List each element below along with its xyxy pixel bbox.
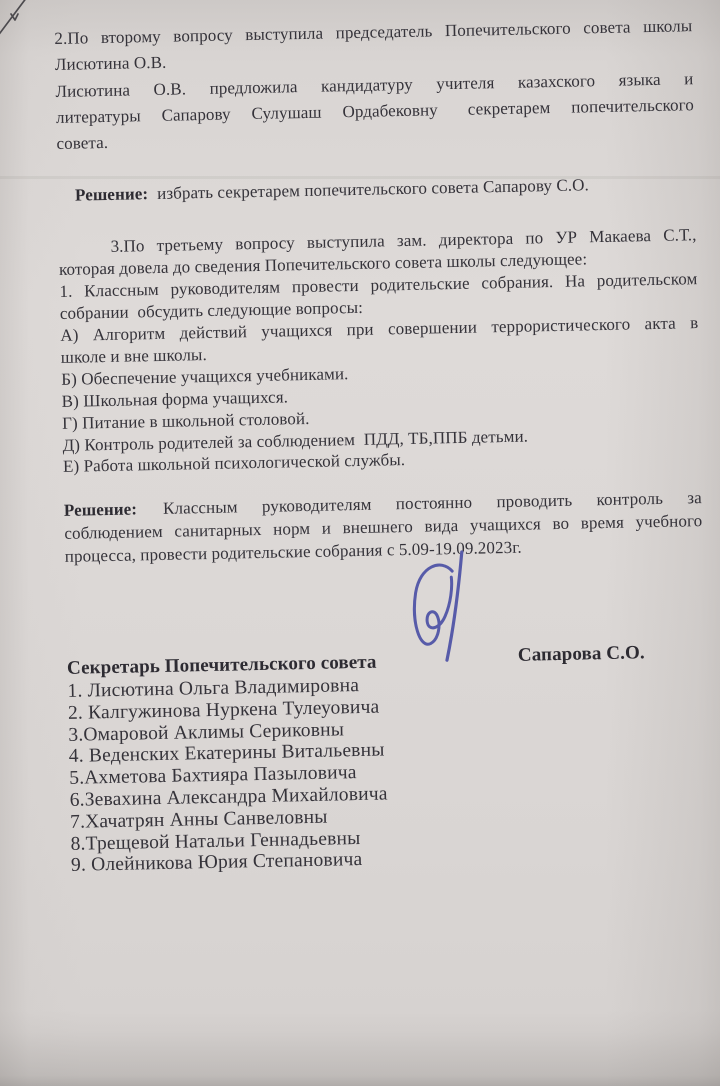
document-photo: { "colors": { "paper": "#dcd8d6", "ink":… — [0, 0, 720, 1086]
secretary-title: Секретарь Попечительского совета — [67, 652, 377, 679]
resolution-2: Решение:Классным руководителям постоянно… — [64, 486, 703, 568]
pen-mark-icon — [0, 0, 50, 50]
resolution-label: Решение: — [64, 499, 138, 519]
section-2-paragraph: 2.По второму вопросу выступила председат… — [54, 13, 695, 157]
signature-icon — [405, 548, 483, 668]
resolution-1: Решение:избрать секретарем попечительско… — [57, 145, 696, 236]
members-list: 1. Лисютина Ольга Владимировна 2. Калгуж… — [67, 668, 709, 877]
resolution-label: Решение: — [75, 185, 149, 205]
doc-line-part: секретарем попечительского — [468, 95, 694, 119]
secretary-name: Сапарова С.О. — [518, 641, 645, 668]
section-3-paragraph: 3.По третьему вопросу выступила зам. дир… — [58, 225, 699, 370]
resolution-text: избрать секретарем попечительского совет… — [157, 176, 589, 204]
agenda-items: Б) Обеспечение учащихся учебниками. В) Ш… — [61, 357, 701, 478]
document-text: 2.По второму вопросу выступила председат… — [54, 5, 709, 877]
doc-line-part: литературы Сапарову Сулушаш Ордабековну — [56, 100, 438, 127]
